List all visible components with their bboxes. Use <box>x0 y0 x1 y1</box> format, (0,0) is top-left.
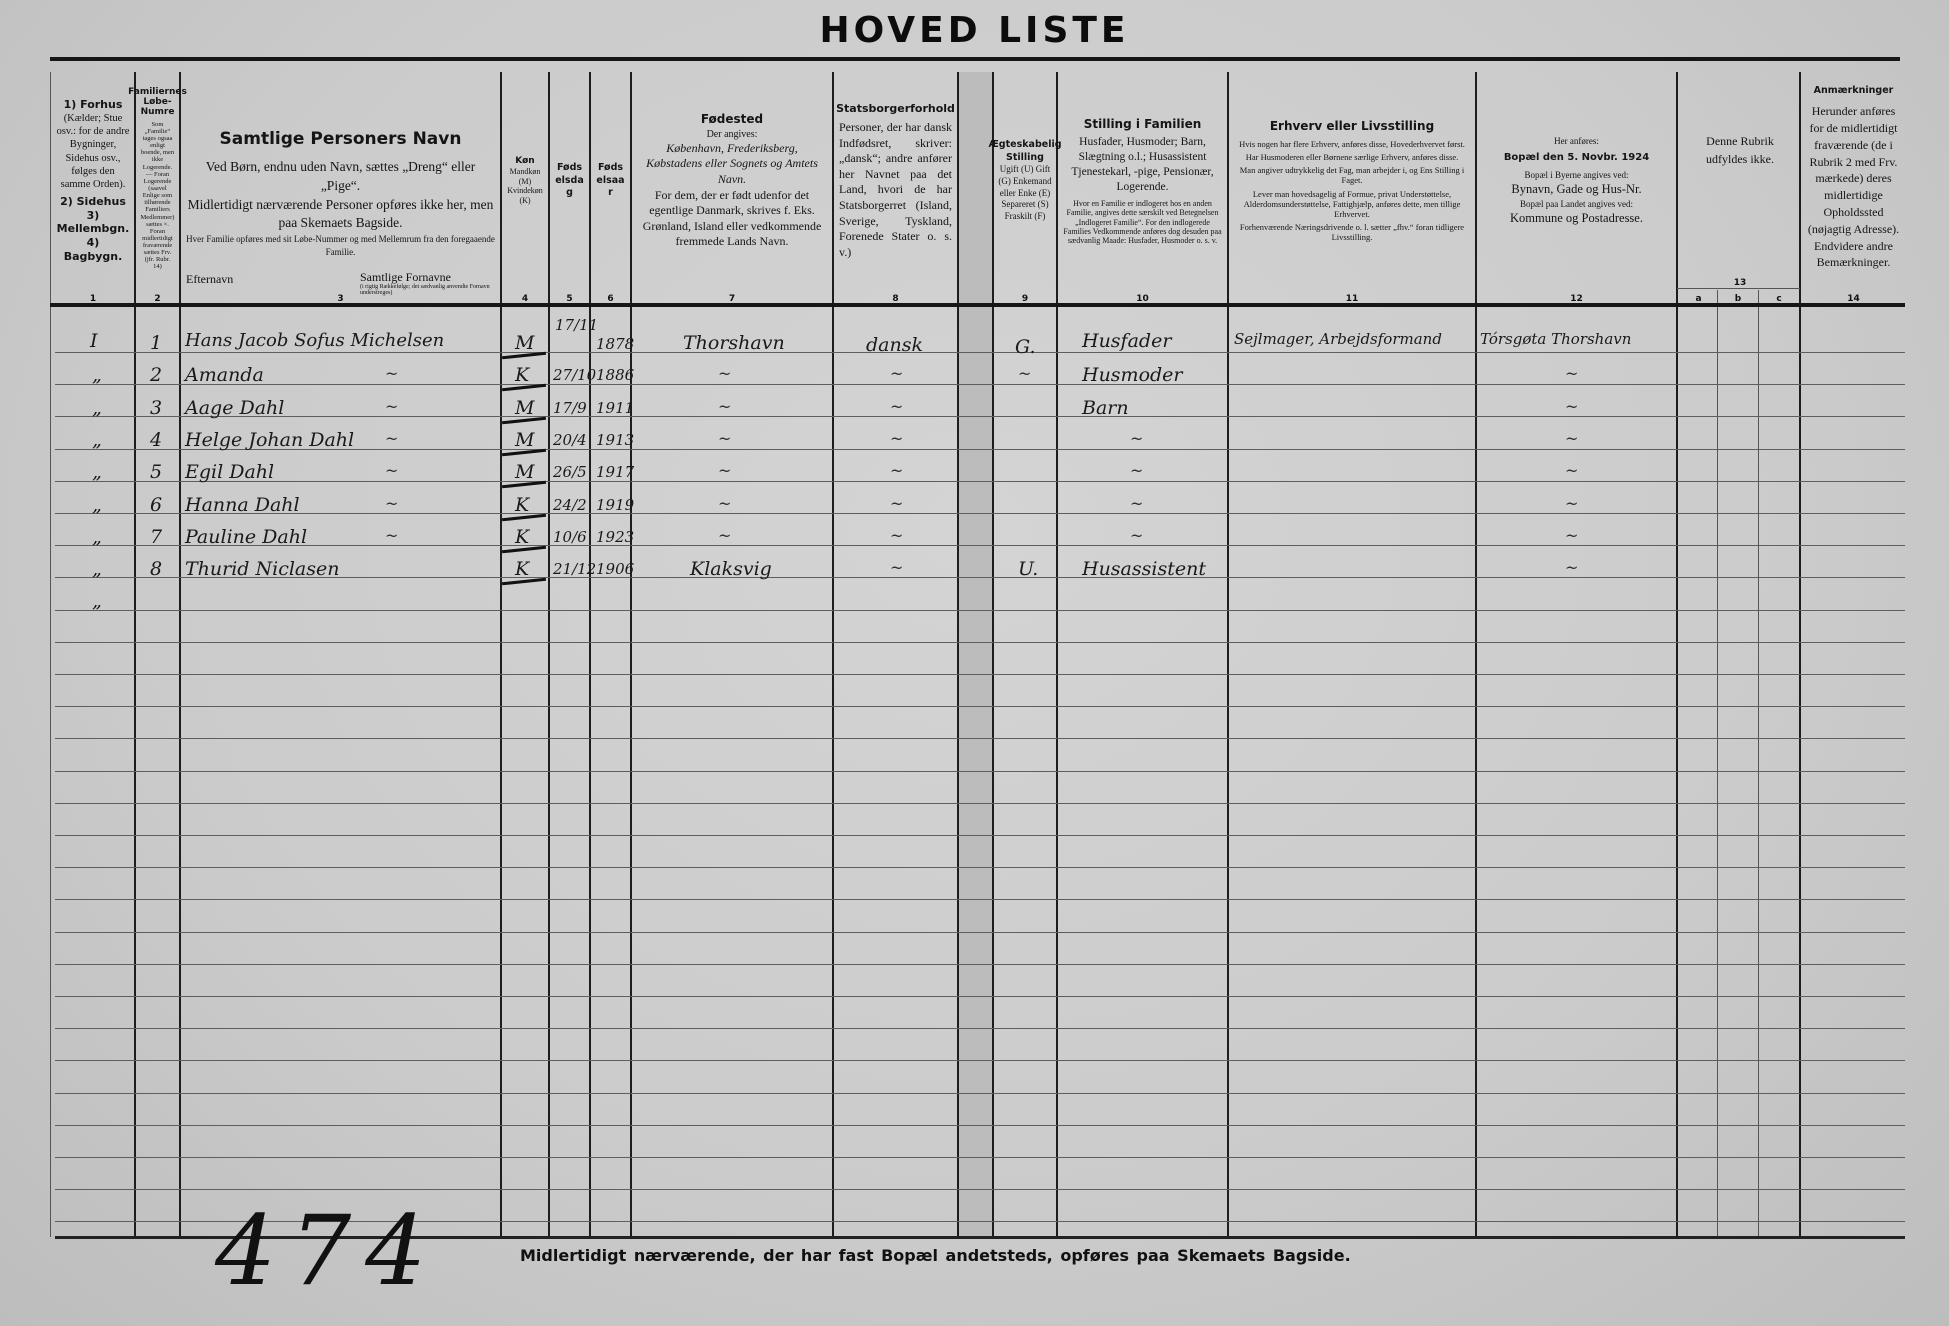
header-col12-l3: Bynavn, Gade og Hus-Nr. <box>1511 181 1641 198</box>
header-col10-l1: Husfader, Husmoder; Barn, Slægtning o.l.… <box>1063 135 1222 195</box>
row8-day: 21/12 <box>553 560 596 578</box>
header-col2-note: Som „Familie“ tages ogsaa enligt boende,… <box>140 121 175 271</box>
header-col11-l3: Man angiver udtrykkelig det Fag, man arb… <box>1234 165 1470 185</box>
row3-ditto-name: ~ <box>385 397 398 416</box>
row3-day: 17/9 <box>553 399 587 417</box>
header-col13-number: 13 <box>1730 278 1750 288</box>
row2-birthplace: ~ <box>718 364 731 383</box>
row6-day: 24/2 <box>553 496 587 514</box>
header-col8-title: Statsborgerforhold <box>836 102 955 116</box>
row1-sex: M <box>515 332 534 354</box>
header-col7-title: Fødested <box>701 112 763 128</box>
header-col1-forhus: 1) Forhus <box>64 98 123 112</box>
row-line <box>55 545 1905 546</box>
row5-year: 1917 <box>596 463 634 481</box>
col-divider-13a-13b <box>1717 290 1718 1237</box>
header-col11-l2: Har Husmoderen eller Børnene særlige Erh… <box>1246 152 1459 162</box>
row2-family-role: Husmoder <box>1082 364 1183 386</box>
row6-name: Hanna Dahl <box>185 494 300 516</box>
row5-citizen: ~ <box>890 461 903 480</box>
row1-occupation: Sejlmager, Arbejdsformand <box>1234 330 1442 348</box>
row8-building: „ <box>92 558 102 580</box>
row5-family-role: ~ <box>1130 461 1143 480</box>
row7-building: „ <box>92 526 102 548</box>
header-col3-fornavne: Samtlige Fornavne <box>360 270 451 285</box>
footer-note: Midlertidigt nærværende, der har fast Bo… <box>520 1246 1351 1265</box>
header-col11-l1: Hvis nogen har flere Erhverv, anføres di… <box>1239 139 1465 149</box>
col-divider-13-14 <box>1799 72 1801 1237</box>
row3-birthplace: ~ <box>718 397 731 416</box>
row4-sex: M <box>515 429 534 451</box>
header-col12: Her anføres: Bopæl den 5. Novbr. 1924 Bo… <box>1478 70 1675 292</box>
row3-nr: 3 <box>150 397 162 419</box>
col-divider-10-11 <box>1227 72 1229 1237</box>
header-col1-mellembygning: 3) Mellembgn. <box>56 209 130 237</box>
row8-family-role: Husassistent <box>1082 558 1206 580</box>
row4-birthplace: ~ <box>718 429 731 448</box>
col-divider-6-7 <box>630 72 632 1237</box>
header-col1-sidehus: 2) Sidehus <box>60 195 126 209</box>
row3-family-role: Barn <box>1082 397 1129 419</box>
header-col14: Anmærkninger Herunder anføres for de mid… <box>1802 70 1905 292</box>
row3-year: 1911 <box>596 399 634 417</box>
header-col8-note: Personer, der har dansk Indfødsret, skri… <box>839 120 952 260</box>
row-line <box>55 1157 1905 1158</box>
row-line <box>55 352 1905 353</box>
row9-building: „ <box>92 590 102 612</box>
col-border-left <box>50 72 51 1237</box>
header-col11: Erhverv eller Livsstilling Hvis nogen ha… <box>1230 70 1474 292</box>
header-col11-l4: Lever man hovedsagelig af Formue, privat… <box>1234 189 1470 220</box>
header-bottom-rule <box>50 303 1905 307</box>
row7-nr: 7 <box>150 526 162 548</box>
row5-ditto-name: ~ <box>385 461 398 480</box>
row-line <box>55 964 1905 965</box>
row-line <box>55 1125 1905 1126</box>
row-line <box>55 416 1905 417</box>
row8-residence: ~ <box>1565 558 1578 577</box>
row8-name: Thurid Niclasen <box>185 558 340 580</box>
row-line <box>55 867 1905 868</box>
row8-marital: U. <box>1018 558 1038 580</box>
row1-year: 1878 <box>596 335 634 353</box>
row-line <box>55 996 1905 997</box>
row2-building: „ <box>92 364 102 386</box>
form-title: HOVED LISTE <box>0 10 1949 51</box>
header-col13: Denne Rubrik udfyldes ikke. <box>1690 70 1790 292</box>
col-divider-9-10 <box>1056 72 1058 1237</box>
row5-residence: ~ <box>1565 461 1578 480</box>
row5-building: „ <box>92 461 102 483</box>
header-col12-l4: Bopæl paa Landet angives ved: <box>1520 198 1633 210</box>
row-line <box>55 384 1905 385</box>
col-divider-12-13 <box>1676 72 1678 1237</box>
row-line <box>55 1093 1905 1094</box>
row-line <box>55 738 1905 739</box>
row8-nr: 8 <box>150 558 162 580</box>
header-col5: Fødselsdag <box>550 70 589 292</box>
row-line <box>55 899 1905 900</box>
header-col3-efternavn: Efternavn <box>186 272 233 287</box>
header-col1: 1) Forhus (Kælder; Stue osv.: for de and… <box>52 70 134 292</box>
row2-day: 27/10 <box>553 366 596 384</box>
row6-sex: K <box>515 494 529 516</box>
row2-sex: K <box>515 364 529 386</box>
row5-nr: 5 <box>150 461 162 483</box>
row4-family-role: ~ <box>1130 429 1143 448</box>
row-line <box>55 674 1905 675</box>
row3-citizen: ~ <box>890 397 903 416</box>
row7-name: Pauline Dahl <box>185 526 307 548</box>
header-col2: Familiernes Løbe-Numre Som „Familie“ tag… <box>136 70 179 292</box>
row-line <box>55 932 1905 933</box>
header-col1-bagbygning: 4) Bagbygn. <box>56 236 130 264</box>
col-divider-13b-13c <box>1758 290 1759 1237</box>
header-col5-title: Fødselsdag <box>554 162 585 199</box>
row1-name: Hans Jacob Sofus Michelsen <box>185 330 444 351</box>
row3-name: Aage Dahl <box>185 397 284 419</box>
row2-marital: ~ <box>1018 364 1031 383</box>
row7-birthplace: ~ <box>718 526 731 545</box>
col-divider-11-12 <box>1475 72 1477 1237</box>
header-col2-title: Familiernes Løbe-Numre <box>128 88 187 118</box>
header-col4-note: Mandkøn (M) Kvindekøn (K) <box>506 167 544 205</box>
row7-day: 10/6 <box>553 528 587 546</box>
row1-day: 17/11 <box>555 316 598 334</box>
row3-residence: ~ <box>1565 397 1578 416</box>
header-col7-l3: For dem, der er født udenfor det egentli… <box>638 188 826 250</box>
row6-nr: 6 <box>150 494 162 516</box>
row-line <box>55 1028 1905 1029</box>
row1-family-role: Husfader <box>1082 330 1171 352</box>
header-col8: Statsborgerforhold Personer, der har dan… <box>835 70 956 292</box>
row1-citizen: dansk <box>866 334 923 356</box>
header-col10-l2: Hvor en Familie er indlogeret hos en and… <box>1063 199 1222 245</box>
row-line <box>55 706 1905 707</box>
row7-residence: ~ <box>1565 526 1578 545</box>
row7-year: 1923 <box>596 528 634 546</box>
row6-year: 1919 <box>596 496 634 514</box>
row2-year: 1886 <box>596 366 634 384</box>
row7-family-role: ~ <box>1130 526 1143 545</box>
row4-residence: ~ <box>1565 429 1578 448</box>
row5-birthplace: ~ <box>718 461 731 480</box>
row5-sex: M <box>515 461 534 483</box>
header-col3-title: Samtlige Personers Navn <box>220 128 462 152</box>
header-col3-line1: Ved Børn, endnu uden Navn, sættes „Dreng… <box>185 158 496 196</box>
top-rule <box>50 57 1900 61</box>
row6-family-role: ~ <box>1130 494 1143 513</box>
row4-day: 20/4 <box>553 431 587 449</box>
header-col3-line3: Hver Familie opføres med sit Løbe-Nummer… <box>185 233 496 258</box>
row6-residence: ~ <box>1565 494 1578 513</box>
row1-marital: G. <box>1015 336 1036 358</box>
row-line <box>55 803 1905 804</box>
row4-name: Helge Johan Dahl <box>185 429 354 451</box>
row-line <box>55 481 1905 482</box>
row-line <box>55 771 1905 772</box>
header-col9: Ægteskabelig Stilling Ugift (U) Gift (G)… <box>994 70 1056 292</box>
row4-year: 1913 <box>596 431 634 449</box>
header-col4: Køn Mandkøn (M) Kvindekøn (K) <box>502 70 548 292</box>
header-col3: Samtlige Personers Navn Ved Børn, endnu … <box>181 70 500 292</box>
row-line <box>55 1189 1905 1190</box>
row-line <box>55 835 1905 836</box>
header-col14-note: Herunder anføres for de midlertidigt fra… <box>1806 103 1901 271</box>
header-col9-title: Ægteskabelig Stilling <box>988 139 1061 164</box>
header-col11-l5: Forhenværende Næringsdrivende o. l. sætt… <box>1234 222 1470 242</box>
handwritten-page-number: 474 <box>215 1195 440 1307</box>
header-col10: Stilling i Familien Husfader, Husmoder; … <box>1059 70 1226 292</box>
header-col7-l2: København, Frederiksberg, Købstadens ell… <box>638 141 826 188</box>
header-col1-note: (Kælder; Stue osv.: for de andre Bygning… <box>56 112 130 191</box>
row7-sex: K <box>515 526 529 548</box>
row1-birthplace: Thorshavn <box>683 332 785 354</box>
row4-citizen: ~ <box>890 429 903 448</box>
row-line <box>55 642 1905 643</box>
row-line <box>55 610 1905 611</box>
row2-name: Amanda <box>185 364 264 386</box>
row1-nr: 1 <box>150 332 162 354</box>
header-col4-title: Køn <box>515 156 534 167</box>
row6-building: „ <box>92 494 102 516</box>
header-col12-l2: Bopæl i Byerne angives ved: <box>1525 169 1629 181</box>
row8-citizen: ~ <box>890 558 903 577</box>
header-col12-l5: Kommune og Postadresse. <box>1510 210 1643 227</box>
header-col12-title: Bopæl den 5. Novbr. 1924 <box>1504 151 1649 165</box>
header-col12-l1: Her anføres: <box>1554 135 1599 147</box>
header-col13-note: Denne Rubrik udfyldes ikke. <box>1694 132 1786 168</box>
col-divider-8-gap <box>957 72 959 1237</box>
row2-ditto-name: ~ <box>385 364 398 383</box>
row6-ditto-name: ~ <box>385 494 398 513</box>
header-col9-note: Ugift (U) Gift (G) Enkemand eller Enke (… <box>998 164 1052 222</box>
header-col3-line2: Midlertidigt nærværende Personer opføres… <box>185 196 496 234</box>
header-col7-l1: Der angives: <box>707 128 758 141</box>
col-divider-7-8 <box>832 72 834 1237</box>
row3-sex: M <box>515 397 534 419</box>
census-form-sheet: HOVED LISTE 1) Forhus (Kælder; Stue osv.… <box>0 0 1949 1326</box>
blank-gutter <box>958 72 992 1237</box>
row6-birthplace: ~ <box>718 494 731 513</box>
row4-building: „ <box>92 429 102 451</box>
row-line <box>55 513 1905 514</box>
header-col14-title: Anmærkninger <box>1814 84 1894 97</box>
row8-birthplace: Klaksvig <box>690 558 772 580</box>
row5-name: Egil Dahl <box>185 461 274 483</box>
row-line <box>55 1060 1905 1061</box>
header-col7: Fødested Der angives: København, Frederi… <box>634 70 830 292</box>
row2-residence: ~ <box>1565 364 1578 383</box>
row4-ditto-name: ~ <box>385 429 398 448</box>
row8-year: 1906 <box>596 560 634 578</box>
row5-day: 26/5 <box>553 463 587 481</box>
header-col10-title: Stilling i Familien <box>1084 117 1202 133</box>
header-col6: Fødselsaar <box>591 70 630 292</box>
row2-nr: 2 <box>150 364 162 386</box>
row6-citizen: ~ <box>890 494 903 513</box>
row7-ditto-name: ~ <box>385 526 398 545</box>
header-col6-title: Fødselsaar <box>595 162 626 199</box>
row7-citizen: ~ <box>890 526 903 545</box>
row3-building: „ <box>92 397 102 419</box>
row2-citizen: ~ <box>890 364 903 383</box>
header-col11-title: Erhverv eller Livsstilling <box>1270 119 1434 133</box>
row8-sex: K <box>515 558 529 580</box>
row1-building: I <box>90 330 98 352</box>
row1-residence: Tórsgøta Thorshavn <box>1480 330 1631 348</box>
row4-nr: 4 <box>150 429 162 451</box>
